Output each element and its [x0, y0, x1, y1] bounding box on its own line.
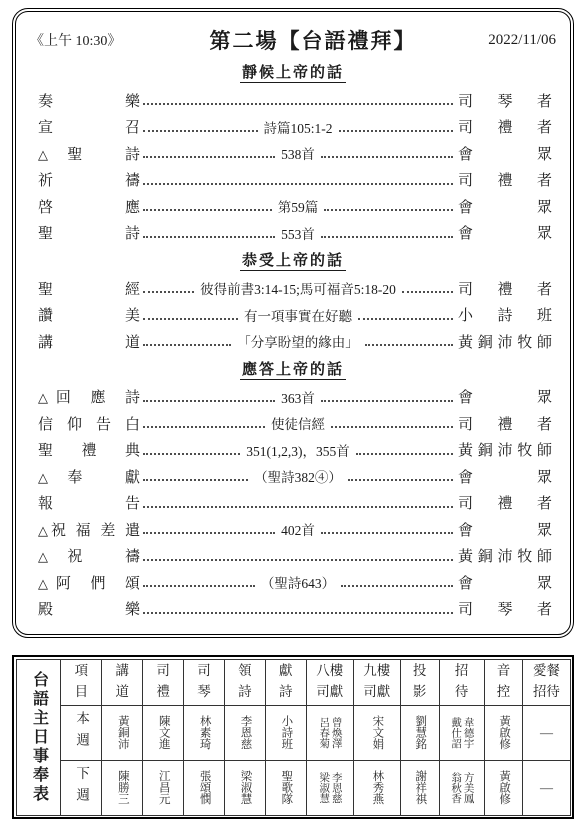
- duty-cell: 梁淑慧: [224, 760, 265, 815]
- duty-person-pair: 方美鳳翁秋香: [440, 772, 484, 804]
- dotted-leader: [143, 479, 248, 481]
- program-box: 《上午 10:30》 第二場【台語禮拜】 2022/11/06 靜候上帝的話奏 …: [12, 8, 574, 638]
- dotted-leader: [143, 156, 275, 158]
- duty-column-header-line: 詩: [225, 682, 265, 703]
- duty-column-header-line: 控: [485, 682, 523, 703]
- duty-column-header-line: 講: [102, 661, 142, 682]
- duty-column-header-line: 影: [401, 682, 439, 703]
- section-heading: 恭受上帝的話: [30, 249, 556, 275]
- program-row: △祝 福 差 遣402首會 眾: [30, 516, 556, 543]
- dotted-leader: [321, 400, 453, 402]
- program-item-performer: 司 禮 者: [458, 169, 552, 190]
- dotted-leader: [143, 426, 265, 428]
- duty-person-name: 小詩班: [279, 715, 292, 750]
- duty-column-header: 招待: [439, 659, 484, 705]
- duty-cell: —: [523, 760, 570, 815]
- dotted-leader: [143, 209, 272, 211]
- program-item-detail: 有一項事實在好聽: [241, 305, 355, 325]
- duty-person-name: 張頌憫: [197, 770, 210, 805]
- duty-column-header: 講道: [102, 659, 143, 705]
- dotted-leader: [143, 291, 194, 293]
- program-item-performer: 會 眾: [458, 386, 552, 407]
- duty-person-name: 黃銅沛: [116, 715, 129, 750]
- duty-person-name: 黃啟修: [497, 770, 510, 805]
- duty-week-label-text: 下週: [75, 766, 89, 809]
- dotted-leader: [365, 344, 453, 346]
- duty-column-header: 項目: [61, 659, 102, 705]
- dotted-leader: [143, 103, 453, 105]
- program-item-detail: 第59篇: [275, 196, 322, 216]
- duty-cell: 黃銅沛: [102, 705, 143, 760]
- duty-column-header-line: 愛餐: [523, 661, 569, 682]
- duty-column-header-line: 司: [143, 661, 183, 682]
- duty-body-row: 下週陳勝三江昌元張頌憫梁淑慧聖歌隊李恩慈梁淑慧林秀燕謝祥祺方美鳳翁秋香黃啟修—: [16, 760, 570, 815]
- section-heading-text: 應答上帝的話: [240, 362, 346, 380]
- duty-cell: 林秀燕: [353, 760, 400, 815]
- duty-cell: 韋德宇戴仕詔: [439, 705, 484, 760]
- dotted-leader: [143, 344, 231, 346]
- duty-person-name: 黃啟修: [497, 715, 510, 750]
- program-item-label: △奉 獻: [38, 466, 140, 487]
- program-sections: 靜候上帝的話奏 樂司 琴 者宣 召詩篇105:1-2司 禮 者△聖 詩538首會…: [30, 61, 556, 622]
- dotted-leader: [143, 130, 258, 132]
- dotted-leader: [341, 585, 453, 587]
- duty-person-name: 翁秋香: [450, 772, 462, 804]
- program-row: 祈 禱司 禮 者: [30, 167, 556, 194]
- duty-cell: 張頌憫: [184, 760, 225, 815]
- section-heading-text: 恭受上帝的話: [240, 253, 346, 271]
- duty-column-header-line: 琴: [184, 682, 224, 703]
- dotted-leader: [324, 209, 453, 211]
- duty-column-header-line: 司: [184, 661, 224, 682]
- dotted-leader: [402, 291, 453, 293]
- program-item-performer: 司 琴 者: [458, 598, 552, 619]
- program-item-label: △祝 禱: [38, 545, 140, 566]
- program-item-detail: 538首: [278, 143, 318, 163]
- program-row: 講 道「分享盼望的緣由」黃 銅 沛 牧 師: [30, 328, 556, 355]
- duty-header-row: 台語主日事奉表項目講道司禮司琴領詩獻詩八樓司獻九樓司獻投影招待音控愛餐招待: [16, 659, 570, 705]
- duty-column-header: 獻詩: [265, 659, 306, 705]
- dotted-leader: [143, 532, 275, 534]
- duty-column-header-line: 獻: [266, 661, 306, 682]
- program-item-performer: 會 眾: [458, 519, 552, 540]
- program-item-label: 聖 禮 典: [38, 439, 140, 460]
- program-item-label: 殿 樂: [38, 598, 140, 619]
- program-header: 《上午 10:30》 第二場【台語禮拜】 2022/11/06: [30, 22, 556, 58]
- program-item-performer: 司 禮 者: [458, 413, 552, 434]
- duty-column-header-line: 禮: [143, 682, 183, 703]
- program-item-detail: 「分享盼望的緣由」: [234, 331, 362, 351]
- program-row: 報 告司 禮 者: [30, 490, 556, 517]
- duty-cell: 陳文進: [143, 705, 184, 760]
- dotted-leader: [143, 236, 275, 238]
- duty-cell: 陳勝三: [102, 760, 143, 815]
- triangle-marker: △: [38, 576, 56, 591]
- triangle-marker: △: [38, 523, 51, 538]
- duty-column-header-line: 招: [440, 661, 484, 682]
- duty-cell: 江昌元: [143, 760, 184, 815]
- duty-person-name: 呂春菊: [318, 717, 330, 749]
- program-item-detail: 351(1,2,3)，355首: [243, 440, 353, 460]
- duty-person-name: 方美鳳: [462, 772, 474, 804]
- program-item-detail: （聖詩382④）: [251, 466, 345, 486]
- program-item-label: △回 應 詩: [38, 386, 140, 407]
- duty-person-name: 韋德宇: [462, 717, 474, 749]
- duty-person-name: 林素琦: [197, 715, 210, 750]
- program-item-performer: 會 眾: [458, 222, 552, 243]
- dotted-leader: [143, 400, 275, 402]
- dotted-leader: [321, 236, 453, 238]
- duty-column-header-line: 道: [102, 682, 142, 703]
- program-row: △回 應 詩363首會 眾: [30, 384, 556, 411]
- dotted-leader: [143, 183, 453, 185]
- duty-person-name: 梁淑慧: [318, 772, 330, 804]
- program-item-label: 講 道: [38, 331, 140, 352]
- duty-column-header: 愛餐招待: [523, 659, 570, 705]
- duty-column-header: 領詩: [224, 659, 265, 705]
- program-item-detail: 彼得前書3:14-15;馬可福音5:18-20: [197, 278, 399, 298]
- duty-cell: 聖歌隊: [265, 760, 306, 815]
- duty-column-header: 投影: [400, 659, 439, 705]
- duty-cell: 宋文娟: [353, 705, 400, 760]
- program-item-label: 讚 美: [38, 304, 140, 325]
- duty-cell: 李恩慈梁淑慧: [306, 760, 353, 815]
- duty-table-side-title: 台語主日事奉表: [16, 659, 61, 815]
- program-row: 讚 美有一項事實在好聽小 詩 班: [30, 302, 556, 329]
- duty-table: 台語主日事奉表項目講道司禮司琴領詩獻詩八樓司獻九樓司獻投影招待音控愛餐招待本週黃…: [16, 659, 571, 816]
- dotted-leader: [143, 506, 453, 508]
- program-item-performer: 黃 銅 沛 牧 師: [458, 331, 552, 352]
- program-item-performer: 會 眾: [458, 466, 552, 487]
- duty-column-header: 司禮: [143, 659, 184, 705]
- duty-person-name: 梁淑慧: [238, 770, 251, 805]
- duty-person-name: 林秀燕: [370, 770, 383, 805]
- program-item-label: 啓 應: [38, 196, 140, 217]
- duty-column-header-line: 司獻: [307, 682, 353, 703]
- duty-person-name: 劉慧銘: [413, 715, 426, 750]
- duty-column-header-line: 八樓: [307, 661, 353, 682]
- duty-cell: 黃啟修: [484, 705, 523, 760]
- duty-person-name: 陳勝三: [116, 770, 129, 805]
- program-item-label: 報 告: [38, 492, 140, 513]
- service-date: 2022/11/06: [466, 32, 556, 49]
- dotted-leader: [321, 532, 453, 534]
- duty-column-header: 八樓司獻: [306, 659, 353, 705]
- duty-cell: 小詩班: [265, 705, 306, 760]
- section-heading: 靜候上帝的話: [30, 61, 556, 87]
- dotted-leader: [321, 156, 453, 158]
- triangle-marker: △: [38, 470, 67, 485]
- dotted-leader: [143, 559, 453, 561]
- program-item-label: 奏 樂: [38, 90, 140, 111]
- program-item-detail: 553首: [278, 223, 318, 243]
- duty-column-header-line: 招待: [523, 682, 569, 703]
- duty-column-header-line: 司獻: [354, 682, 400, 703]
- duty-column-header-line: 投: [401, 661, 439, 682]
- duty-column-header: 九樓司獻: [353, 659, 400, 705]
- program-item-detail: 使徒信經: [268, 413, 328, 433]
- program-row: 聖 經彼得前書3:14-15;馬可福音5:18-20司 禮 者: [30, 275, 556, 302]
- dotted-leader: [358, 318, 453, 320]
- duty-cell: 黃啟修: [484, 760, 523, 815]
- dotted-leader: [143, 585, 255, 587]
- duty-person-pair: 韋德宇戴仕詔: [440, 717, 484, 749]
- program-item-label: 信 仰 告 白: [38, 413, 140, 434]
- program-box-inner: 《上午 10:30》 第二場【台語禮拜】 2022/11/06 靜候上帝的話奏 …: [15, 11, 571, 635]
- program-item-performer: 司 禮 者: [458, 116, 552, 137]
- duty-person-name: 李恩慈: [238, 715, 251, 750]
- duty-column-header-line: 詩: [266, 682, 306, 703]
- program-row: 聖 禮 典351(1,2,3)，355首黃 銅 沛 牧 師: [30, 437, 556, 464]
- duty-cell: 謝祥祺: [400, 760, 439, 815]
- duty-cell: 劉慧銘: [400, 705, 439, 760]
- triangle-marker: △: [38, 390, 56, 405]
- section-heading: 應答上帝的話: [30, 358, 556, 384]
- duty-column-header-line: 待: [440, 682, 484, 703]
- program-row: 殿 樂司 琴 者: [30, 596, 556, 623]
- program-item-performer: 黃 銅 沛 牧 師: [458, 439, 552, 460]
- program-row: 宣 召詩篇105:1-2司 禮 者: [30, 114, 556, 141]
- side-title-text: 台語主日事奉表: [30, 671, 46, 804]
- program-row: △奉 獻（聖詩382④）會 眾: [30, 463, 556, 490]
- triangle-marker: △: [38, 549, 67, 564]
- program-row: 聖 詩553首會 眾: [30, 220, 556, 247]
- program-item-label: 祈 禱: [38, 169, 140, 190]
- duty-column-header: 音控: [484, 659, 523, 705]
- duty-cell: —: [523, 705, 570, 760]
- program-row: △聖 詩538首會 眾: [30, 140, 556, 167]
- duty-week-label: 本週: [61, 705, 102, 760]
- duty-cell: 曾煥澤呂春菊: [306, 705, 353, 760]
- duty-cell: 方美鳳翁秋香: [439, 760, 484, 815]
- program-item-performer: 會 眾: [458, 572, 552, 593]
- duty-person-name: 聖歌隊: [279, 770, 292, 805]
- duty-person-name: 謝祥祺: [413, 770, 426, 805]
- duty-week-label-text: 本週: [75, 711, 89, 754]
- program-item-performer: 黃 銅 沛 牧 師: [458, 545, 552, 566]
- triangle-marker: △: [38, 147, 67, 162]
- duty-column-header-line: 目: [61, 682, 101, 703]
- program-row: △祝 禱黃 銅 沛 牧 師: [30, 543, 556, 570]
- program-item-label: 聖 詩: [38, 222, 140, 243]
- program-item-performer: 司 琴 者: [458, 90, 552, 111]
- section-heading-text: 靜候上帝的話: [240, 65, 346, 83]
- program-item-detail: 詩篇105:1-2: [261, 117, 336, 137]
- service-title: 第二場【台語禮拜】: [160, 25, 466, 55]
- duty-person-name: 陳文進: [157, 715, 170, 750]
- dotted-leader: [348, 479, 453, 481]
- dotted-leader: [143, 318, 238, 320]
- duty-person-name: 曾煥澤: [330, 717, 342, 749]
- program-row: △阿 們 頌（聖詩643）會 眾: [30, 569, 556, 596]
- program-item-performer: 小 詩 班: [458, 304, 552, 325]
- program-item-label: △阿 們 頌: [38, 572, 140, 593]
- program-item-label: 聖 經: [38, 278, 140, 299]
- duty-column-header-line: 音: [485, 661, 523, 682]
- duty-person-name: 宋文娟: [370, 715, 383, 750]
- program-item-performer: 司 禮 者: [458, 278, 552, 299]
- duty-cell: 李恩慈: [224, 705, 265, 760]
- duty-person-pair: 李恩慈梁淑慧: [307, 772, 353, 804]
- program-row: 信 仰 告 白使徒信經司 禮 者: [30, 410, 556, 437]
- duty-person-name: 戴仕詔: [450, 717, 462, 749]
- duty-table-frame: 台語主日事奉表項目講道司禮司琴領詩獻詩八樓司獻九樓司獻投影招待音控愛餐招待本週黃…: [12, 655, 574, 819]
- dotted-leader: [143, 612, 453, 614]
- program-item-label: △聖 詩: [38, 143, 140, 164]
- program-item-performer: 會 眾: [458, 196, 552, 217]
- program-item-performer: 司 禮 者: [458, 492, 552, 513]
- program-item-label: 宣 召: [38, 116, 140, 137]
- program-item-detail: （聖詩643）: [258, 572, 338, 592]
- duty-week-label: 下週: [61, 760, 102, 815]
- program-row: 奏 樂司 琴 者: [30, 87, 556, 114]
- duty-person-name: 李恩慈: [330, 772, 342, 804]
- duty-body-row: 本週黃銅沛陳文進林素琦李恩慈小詩班曾煥澤呂春菊宋文娟劉慧銘韋德宇戴仕詔黃啟修—: [16, 705, 570, 760]
- duty-column-header-line: 領: [225, 661, 265, 682]
- duty-person-name: 江昌元: [157, 770, 170, 805]
- program-item-label: △祝 福 差 遣: [38, 519, 140, 540]
- service-time: 《上午 10:30》: [30, 30, 160, 50]
- program-item-detail: 363首: [278, 387, 318, 407]
- duty-person-pair: 曾煥澤呂春菊: [307, 717, 353, 749]
- dotted-leader: [143, 453, 240, 455]
- dotted-leader: [331, 426, 453, 428]
- duty-cell: 林素琦: [184, 705, 225, 760]
- program-item-detail: 402首: [278, 519, 318, 539]
- dotted-leader: [356, 453, 453, 455]
- program-row: 啓 應第59篇會 眾: [30, 193, 556, 220]
- program-item-performer: 會 眾: [458, 143, 552, 164]
- duty-column-header-line: 九樓: [354, 661, 400, 682]
- duty-column-header: 司琴: [184, 659, 225, 705]
- dotted-leader: [339, 130, 454, 132]
- duty-column-header-line: 項: [61, 661, 101, 682]
